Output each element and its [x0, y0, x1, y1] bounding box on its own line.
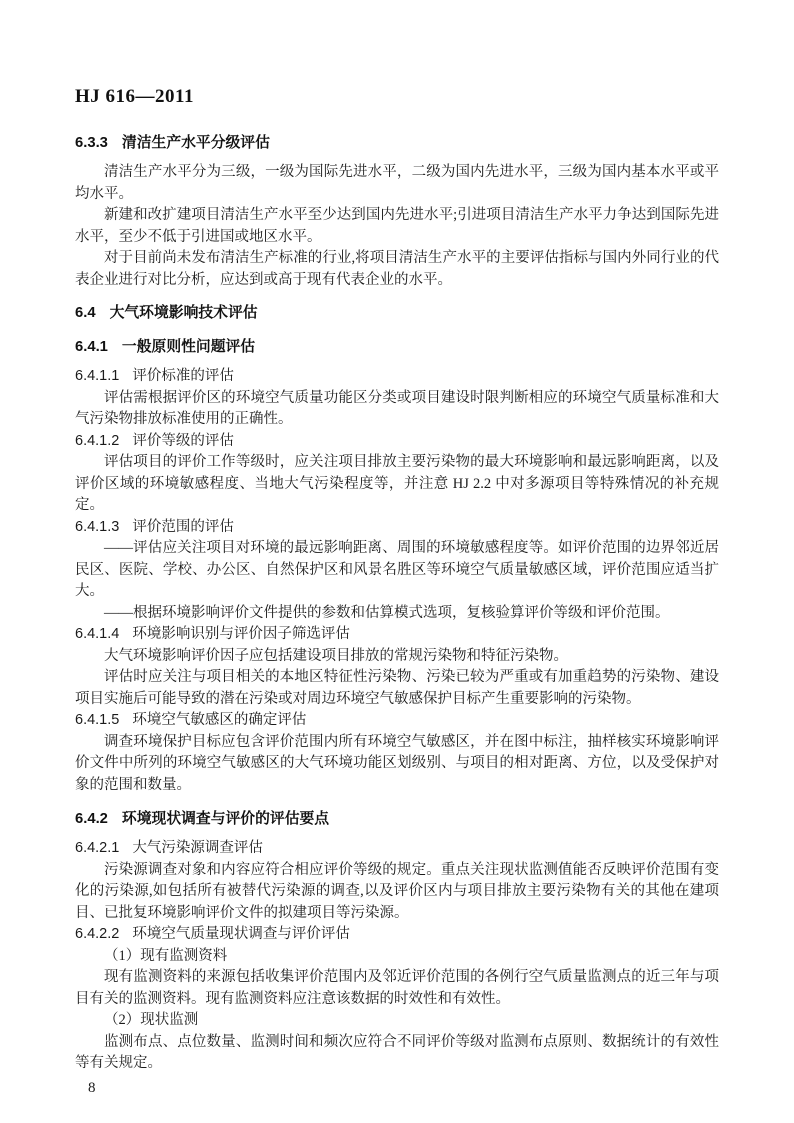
- page-number: 8: [88, 1080, 719, 1097]
- heading-number: 6.4.1.5: [75, 710, 119, 732]
- heading-6-3-3: 6.3.3清洁生产水平分级评估: [75, 132, 719, 154]
- paragraph: ——根据环境影响评价文件提供的参数和估算模式选项，复核验算评价等级和评价范围。: [75, 603, 719, 625]
- heading-text: 环境影响识别与评价因子筛选评估: [132, 626, 350, 642]
- heading-6-4-1: 6.4.1一般原则性问题评估: [75, 336, 719, 358]
- heading-text: 评价等级的评估: [132, 433, 234, 449]
- paragraph: 污染源调查对象和内容应符合相应评价等级的规定。重点关注现状监测值能否反映评价范围…: [75, 860, 719, 925]
- heading-6-4-2: 6.4.2环境现状调查与评价的评估要点: [75, 808, 719, 830]
- heading-text: 评价范围的评估: [132, 519, 234, 535]
- heading-6-4-2-1: 6.4.2.1大气污染源调查评估: [75, 838, 719, 860]
- heading-6-4-1-1: 6.4.1.1评价标准的评估: [75, 366, 719, 388]
- heading-6-4-1-3: 6.4.1.3评价范围的评估: [75, 517, 719, 539]
- paragraph: 对于目前尚未发布清洁生产标准的行业,将项目清洁生产水平的主要评估指标与国内外同行…: [75, 248, 719, 291]
- paragraph: 现有监测资料的来源包括收集评价范围内及邻近评价范围的各例行空气质量监测点的近三年…: [75, 967, 719, 1010]
- heading-number: 6.4.2.1: [75, 838, 119, 860]
- heading-number: 6.4.1: [75, 336, 108, 358]
- paragraph: ——评估应关注项目对环境的最远影响距离、周围的环境敏感程度等。如评价范围的边界邻…: [75, 538, 719, 603]
- paragraph: 评估时应关注与项目相关的本地区特征性污染物、污染已较为严重或有加重趋势的污染物、…: [75, 667, 719, 710]
- heading-6-4-1-2: 6.4.1.2评价等级的评估: [75, 431, 719, 453]
- heading-text: 环境空气敏感区的确定评估: [132, 712, 306, 728]
- heading-6-4-1-5: 6.4.1.5环境空气敏感区的确定评估: [75, 710, 719, 732]
- paragraph: 清洁生产水平分为三级，一级为国际先进水平，二级为国内先进水平，三级为国内基本水平…: [75, 162, 719, 205]
- heading-6-4-2-2: 6.4.2.2环境空气质量现状调查与评价评估: [75, 924, 719, 946]
- heading-text: 大气污染源调查评估: [132, 840, 263, 856]
- paragraph: （1）现有监测资料: [75, 946, 719, 968]
- heading-number: 6.4.1.3: [75, 517, 119, 539]
- heading-number: 6.4: [75, 302, 96, 324]
- heading-text: 清洁生产水平分级评估: [122, 135, 270, 151]
- heading-number: 6.4.1.4: [75, 624, 119, 646]
- paragraph: （2）现状监测: [75, 1010, 719, 1032]
- heading-6-4-1-4: 6.4.1.4环境影响识别与评价因子筛选评估: [75, 624, 719, 646]
- heading-number: 6.4.1.2: [75, 431, 119, 453]
- heading-text: 环境空气质量现状调查与评价评估: [132, 926, 350, 942]
- document-body: 6.3.3清洁生产水平分级评估清洁生产水平分为三级，一级为国际先进水平，二级为国…: [75, 132, 719, 1075]
- paragraph: 调查环境保护目标应包含评价范围内所有环境空气敏感区，并在图中标注，抽样核实环境影…: [75, 732, 719, 797]
- heading-number: 6.3.3: [75, 132, 108, 154]
- paragraph: 评估项目的评价工作等级时，应关注项目排放主要污染物的最大环境影响和最远影响距离，…: [75, 452, 719, 517]
- paragraph: 新建和改扩建项目清洁生产水平至少达到国内先进水平;引进项目清洁生产水平力争达到国…: [75, 205, 719, 248]
- heading-text: 大气环境影响技术评估: [110, 305, 258, 321]
- heading-number: 6.4.2.2: [75, 924, 119, 946]
- heading-number: 6.4.2: [75, 808, 108, 830]
- paragraph: 大气环境影响评价因子应包括建设项目排放的常规污染物和特征污染物。: [75, 646, 719, 668]
- heading-6-4: 6.4大气环境影响技术评估: [75, 302, 719, 324]
- heading-text: 环境现状调查与评价的评估要点: [122, 811, 329, 827]
- paragraph: 评估需根据评价区的环境空气质量功能区分类或项目建设时限判断相应的环境空气质量标准…: [75, 388, 719, 431]
- heading-text: 一般原则性问题评估: [122, 339, 255, 355]
- document-header: HJ 616—2011: [75, 86, 719, 108]
- heading-text: 评价标准的评估: [132, 368, 234, 384]
- heading-number: 6.4.1.1: [75, 366, 119, 388]
- paragraph: 监测布点、点位数量、监测时间和频次应符合不同评价等级对监测布点原则、数据统计的有…: [75, 1032, 719, 1075]
- document-page: HJ 616—2011 6.3.3清洁生产水平分级评估清洁生产水平分为三级，一级…: [0, 0, 794, 1123]
